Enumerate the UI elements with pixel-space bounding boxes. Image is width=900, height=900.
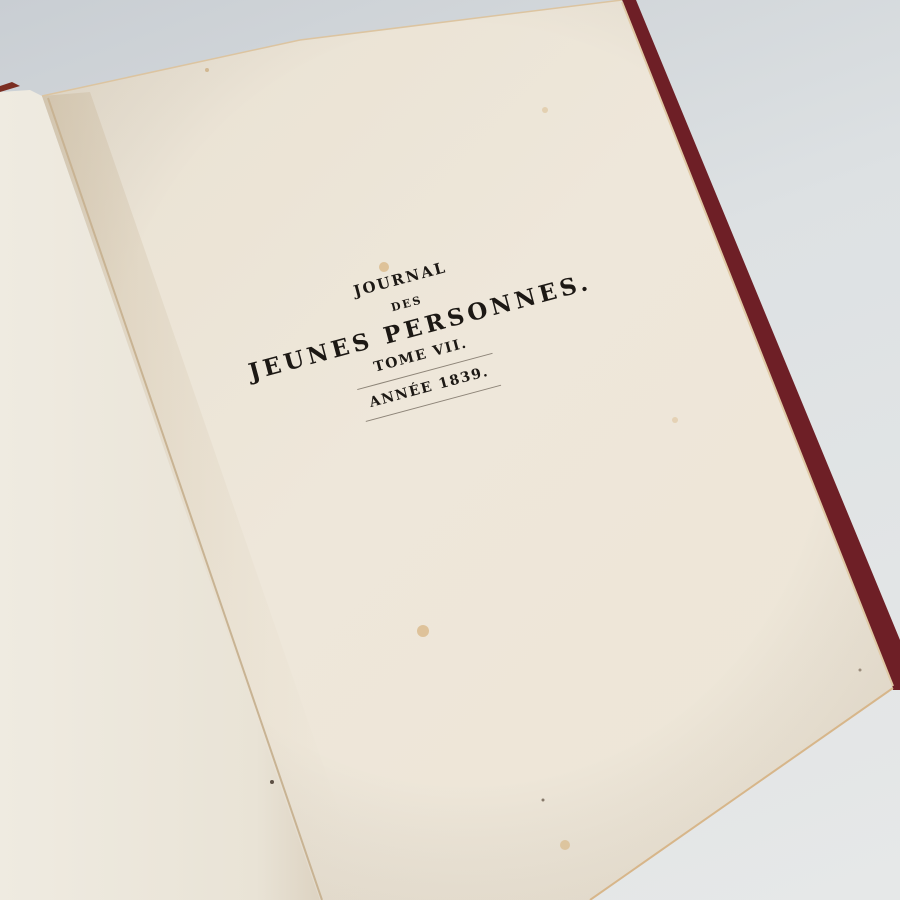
foxing-spot (672, 417, 678, 423)
foxing-spot (859, 669, 862, 672)
book-cover-corner-left (0, 82, 20, 92)
foxing-spot (270, 780, 274, 784)
foxing-spot (542, 799, 545, 802)
foxing-spot (560, 840, 570, 850)
foxing-spot (205, 68, 209, 72)
foxing-spot (542, 107, 548, 113)
foxing-spot (417, 625, 429, 637)
